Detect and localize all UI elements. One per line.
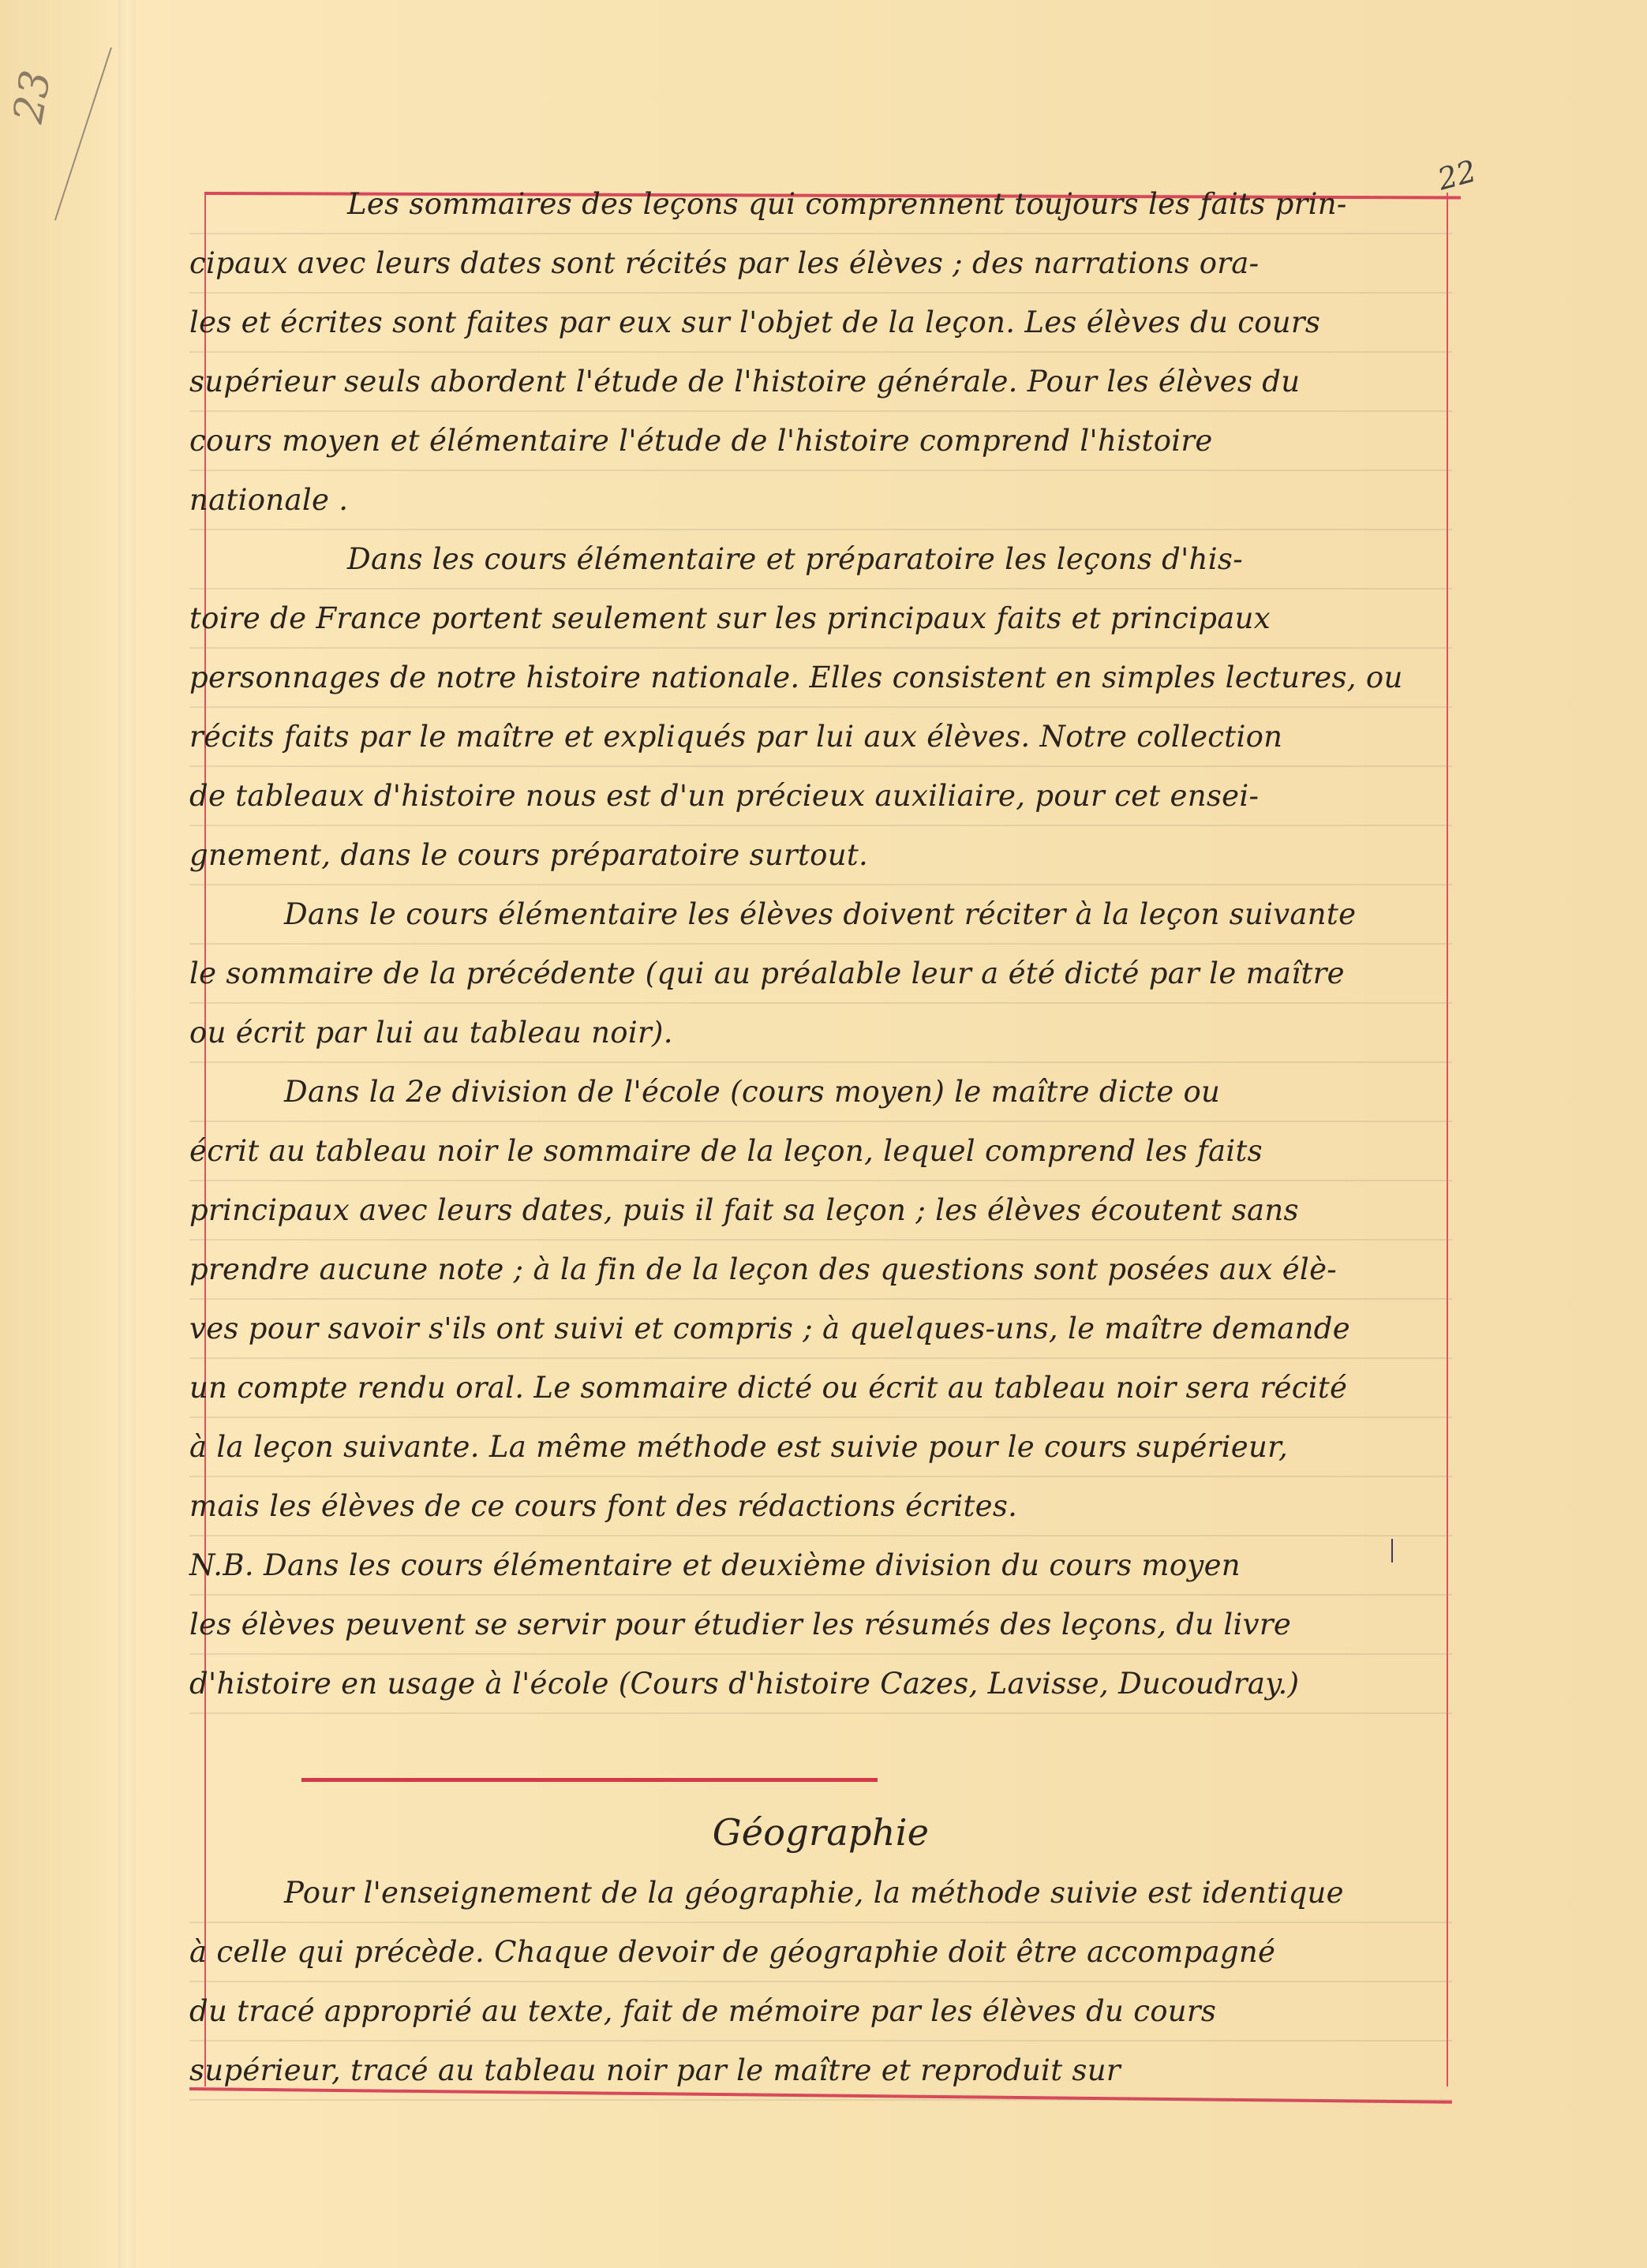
history-paragraph-2: Dans les cours élémentaire et préparatoi… bbox=[189, 530, 1452, 885]
manuscript-text: Les sommaires des leçons qui comprennent… bbox=[189, 175, 1452, 2101]
text-line: à la leçon suivante. La même méthode est… bbox=[189, 1418, 1452, 1477]
history-section: Les sommaires des leçons qui comprennent… bbox=[189, 175, 1452, 1714]
history-paragraph-3: Dans le cours élémentaire les élèves doi… bbox=[189, 885, 1452, 1063]
text-line: ou écrit par lui au tableau noir). bbox=[189, 1004, 1452, 1063]
geography-paragraph-1: Pour l'enseignement de la géographie, la… bbox=[189, 1864, 1452, 2101]
folio-number: 23 bbox=[5, 67, 61, 127]
text-line: personnages de notre histoire nationale.… bbox=[189, 649, 1452, 708]
text-line: Dans les cours élémentaire et préparatoi… bbox=[189, 530, 1452, 589]
history-paragraph-4: Dans la 2e division de l'école (cours mo… bbox=[189, 1063, 1452, 1536]
text-line: du tracé approprié au texte, fait de mém… bbox=[189, 1982, 1452, 2042]
section-title: Géographie bbox=[189, 1785, 1452, 1864]
text-line: les et écrites sont faites par eux sur l… bbox=[189, 294, 1452, 353]
text-line: Les sommaires des leçons qui comprennent… bbox=[189, 175, 1452, 234]
text-line: toire de France portent seulement sur le… bbox=[189, 589, 1452, 649]
text-line: récits faits par le maître et expliqués … bbox=[189, 708, 1452, 767]
text-line: gnement, dans le cours préparatoire surt… bbox=[189, 826, 1452, 885]
text-line: écrit au tableau noir le sommaire de la … bbox=[189, 1122, 1452, 1181]
text-line: nationale . bbox=[189, 471, 1452, 530]
text-line: un compte rendu oral. Le sommaire dicté … bbox=[189, 1359, 1452, 1418]
text-line: de tableaux d'histoire nous est d'un pré… bbox=[189, 767, 1452, 826]
text-line: d'histoire en usage à l'école (Cours d'h… bbox=[189, 1655, 1452, 1714]
text-line: principaux avec leurs dates, puis il fai… bbox=[189, 1181, 1452, 1241]
text-line: prendre aucune note ; à la fin de la leç… bbox=[189, 1241, 1452, 1300]
text-line: à celle qui précède. Chaque devoir de gé… bbox=[189, 1923, 1452, 1982]
text-line: les élèves peuvent se servir pour étudie… bbox=[189, 1596, 1452, 1655]
text-line: N.B. Dans les cours élémentaire et deuxi… bbox=[189, 1536, 1452, 1596]
text-line: Dans la 2e division de l'école (cours mo… bbox=[189, 1063, 1452, 1122]
text-line: Dans le cours élémentaire les élèves doi… bbox=[189, 885, 1452, 945]
text-line: supérieur seuls abordent l'étude de l'hi… bbox=[189, 353, 1452, 412]
history-paragraph-1: Les sommaires des leçons qui comprennent… bbox=[189, 175, 1452, 530]
text-line: mais les élèves de ce cours font des réd… bbox=[189, 1477, 1452, 1536]
text-line: cours moyen et élémentaire l'étude de l'… bbox=[189, 412, 1452, 471]
text-line: le sommaire de la précédente (qui au pré… bbox=[189, 945, 1452, 1004]
text-line: supérieur, tracé au tableau noir par le … bbox=[189, 2042, 1452, 2101]
text-line: ves pour savoir s'ils ont suivi et compr… bbox=[189, 1300, 1452, 1359]
text-line: Pour l'enseignement de la géographie, la… bbox=[189, 1864, 1452, 1923]
nota-bene: N.B. Dans les cours élémentaire et deuxi… bbox=[189, 1536, 1452, 1714]
geography-section: Géographie Pour l'enseignement de la géo… bbox=[189, 1785, 1452, 2101]
text-line: cipaux avec leurs dates sont récités par… bbox=[189, 234, 1452, 294]
section-gap bbox=[189, 1714, 1452, 1785]
binding-gutter bbox=[118, 0, 136, 2268]
